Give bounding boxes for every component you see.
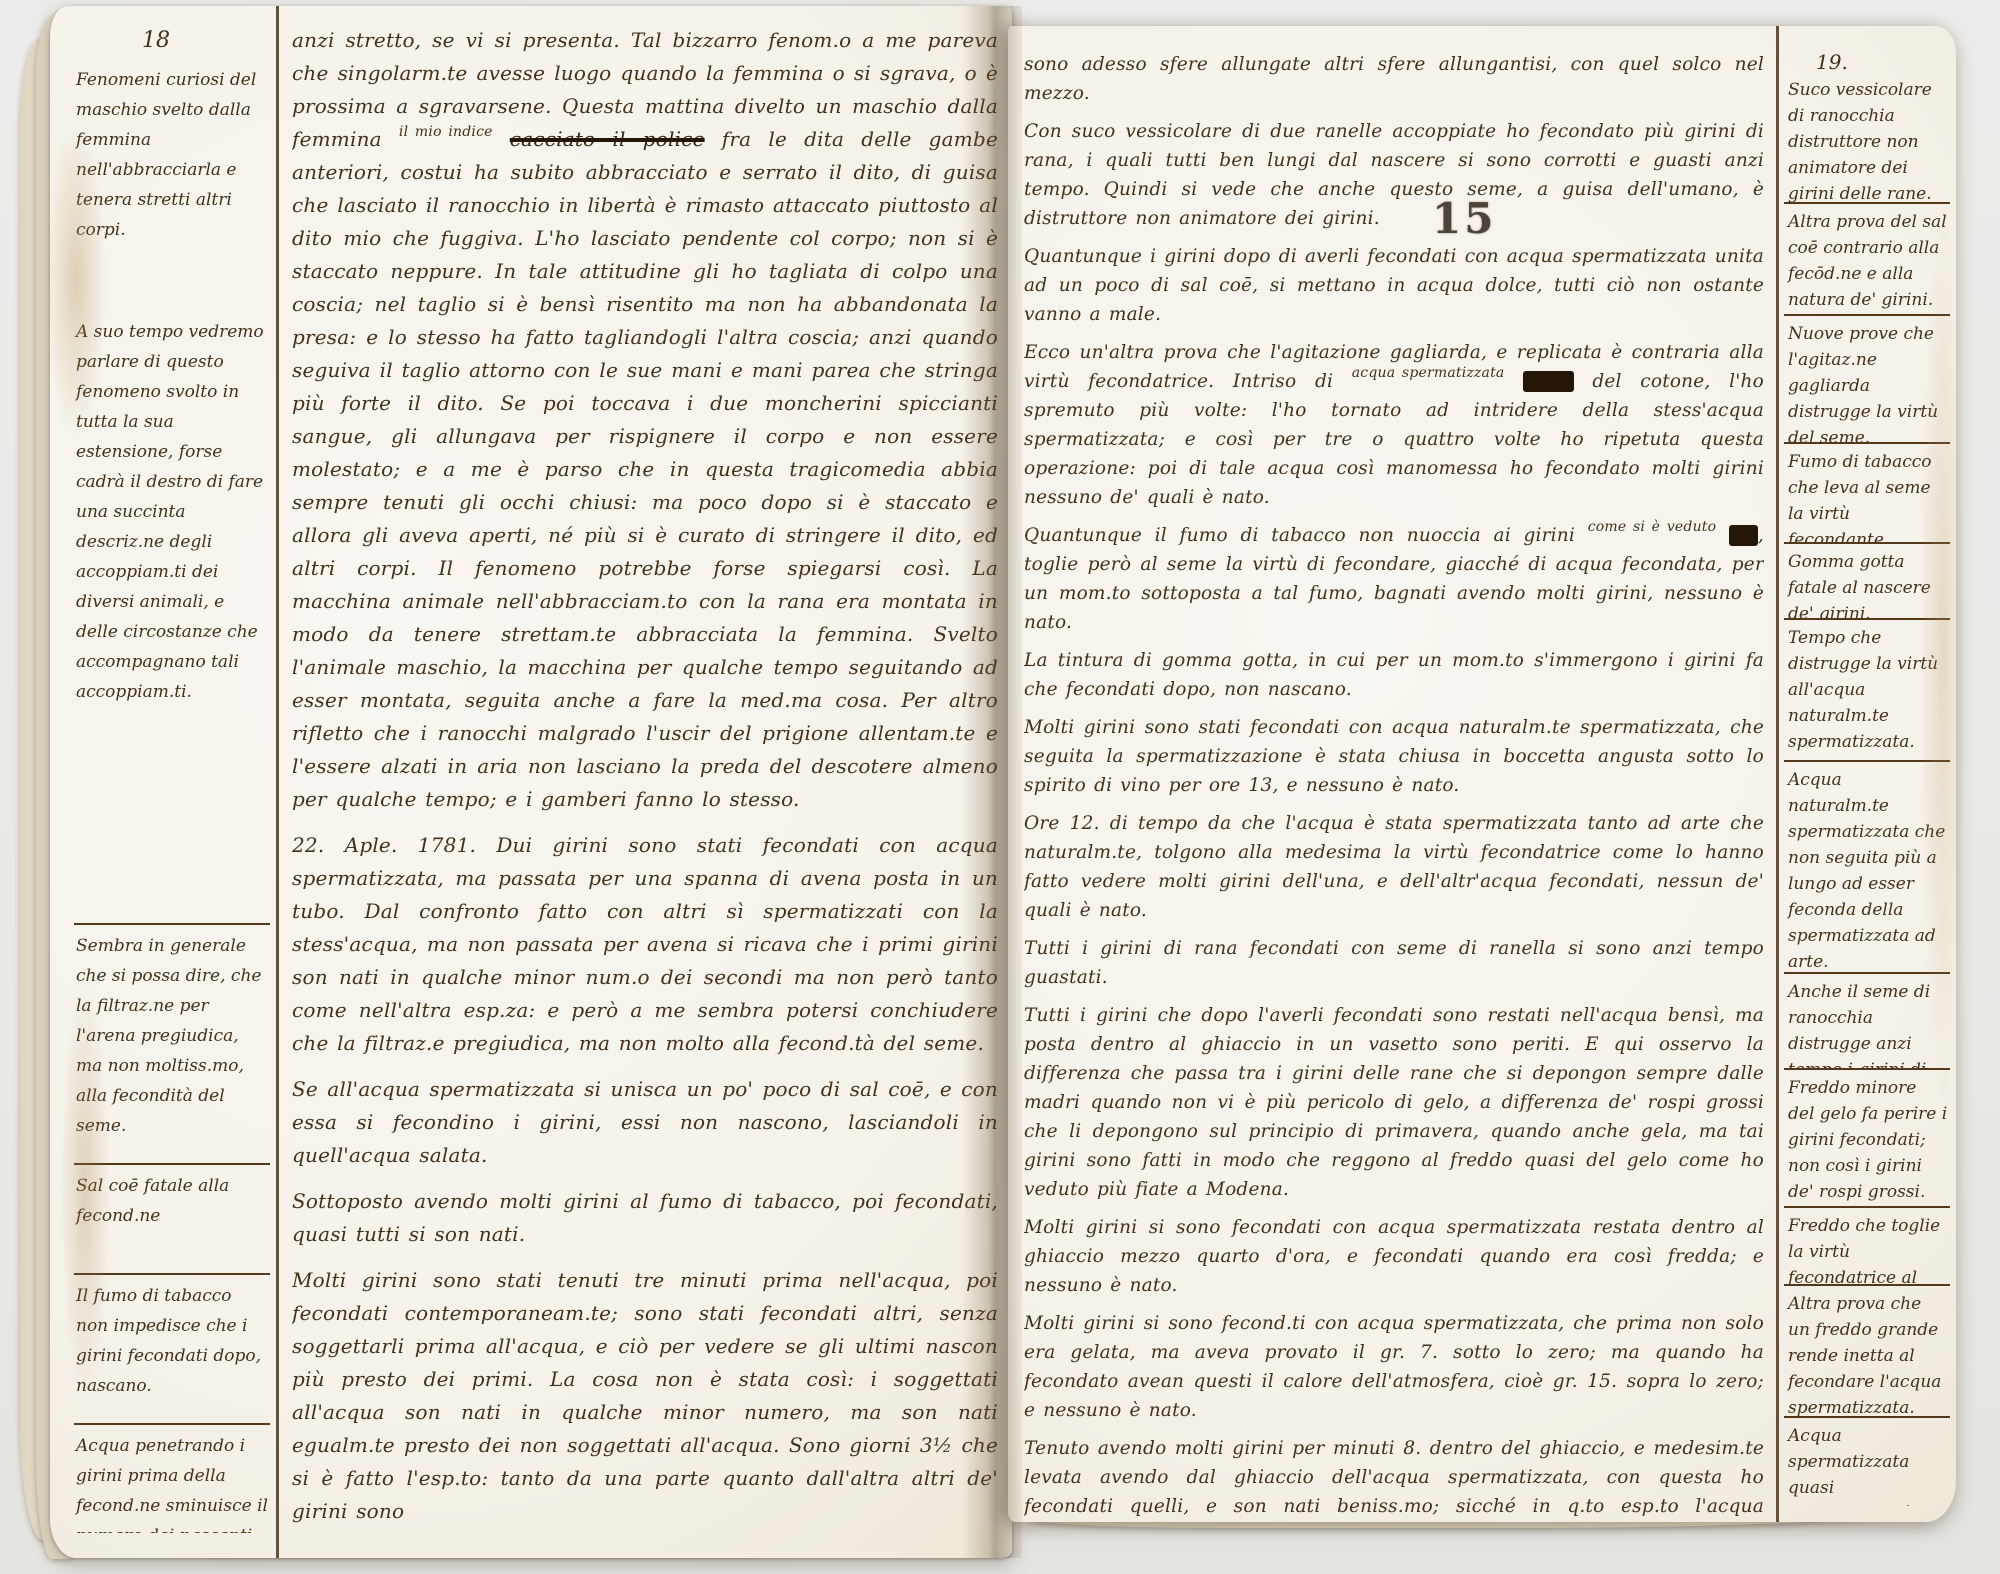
margin-note: Acqua naturalm.te spermatizzata che non … — [1784, 762, 1950, 974]
body-text: Tenuto avendo molti girini per minuti 8.… — [1024, 1438, 1764, 1517]
margin-note: Gomma gotta fatale al nascere de' girini… — [1784, 544, 1950, 620]
body-paragraph-dated: 22. Aple. 1781. Dui girini sono stati fe… — [292, 829, 998, 1060]
margin-note: Tempo che distrugge la virtù all'acqua n… — [1784, 620, 1950, 762]
body-paragraph: anzi stretto, se vi si presenta. Tal biz… — [292, 24, 998, 816]
desk-background: 18 Fenomeni curiosi del maschio svelto d… — [0, 0, 2000, 1574]
inked-out-word: urina — [1523, 371, 1574, 392]
body-paragraph: Molti girini si sono fecondati con acqua… — [1024, 1213, 1764, 1300]
body-text: Quantunque il fumo di tabacco non nuocci… — [1024, 525, 1588, 546]
body-paragraph: Molti girini si sono fecond.ti con acqua… — [1024, 1309, 1764, 1425]
body-paragraph: Quantunque il fumo di tabacco non nuocci… — [1024, 521, 1764, 637]
margin-note: Sal coē fatale alla fecond.ne — [74, 1163, 270, 1273]
margin-note: Fenomeni curiosi del maschio svelto dall… — [74, 59, 270, 311]
margin-note: Fumo di tabacco che leva al seme la virt… — [1784, 444, 1950, 544]
body-paragraph: sono adesso sfere allungate altri sfere … — [1024, 50, 1764, 108]
body-paragraph: Ecco un'altra prova che l'agitazione gag… — [1024, 338, 1764, 512]
margin-note: Acqua penetrando i girini prima della fe… — [74, 1423, 270, 1533]
margin-note-text: Suco vessicolare di ranocchia distruttor… — [1788, 80, 1932, 204]
margin-note: Freddo minore del gelo fa perire i girin… — [1784, 1070, 1950, 1208]
margin-note: 19.Suco vessicolare di ranocchia distrut… — [1784, 44, 1950, 204]
margin-note: Il fumo di tabacco non impedisce che i g… — [74, 1273, 270, 1423]
margin-note: A suo tempo vedremo parlare di questo fe… — [74, 311, 270, 923]
margin-note: Freddo che toglie la virtù fecondatrice … — [1784, 1208, 1950, 1286]
margin-note: Nuove prove che l'agitaz.ne gagliarda di… — [1784, 316, 1950, 444]
body-paragraph: Tenuto avendo molti girini per minuti 8.… — [1024, 1434, 1764, 1518]
struck-text: cacciato il police — [510, 127, 705, 151]
margin-note: Altra prova che un freddo grande rende i… — [1784, 1286, 1950, 1418]
margin-divider-line — [1776, 26, 1779, 1522]
right-page: sono adesso sfere allungate altri sfere … — [1008, 26, 1956, 1522]
right-margin-column: 19.Suco vessicolare di ranocchia distrut… — [1784, 44, 1950, 1506]
body-paragraph: Se all'acqua spermatizzata si unisca un … — [292, 1073, 998, 1172]
body-paragraph: Con suco vessicolare di due ranelle acco… — [1024, 117, 1764, 233]
right-body-column: sono adesso sfere allungate altri sfere … — [1024, 50, 1764, 1518]
inked-out-word: ma — [1729, 525, 1758, 546]
body-paragraph: Sottoposto avendo molti girini al fumo d… — [292, 1185, 998, 1251]
body-paragraph: Tutti i girini che dopo l'averli feconda… — [1024, 1001, 1764, 1204]
folio-stamp-number: 15 — [1432, 194, 1496, 243]
left-margin-column: 18 Fenomeni curiosi del maschio svelto d… — [74, 28, 270, 1533]
margin-divider-line — [276, 6, 279, 1558]
body-paragraph: Quantunque i girini dopo di averli fecon… — [1024, 242, 1764, 329]
body-text: fra le dita delle gambe anteriori, costu… — [292, 127, 998, 811]
margin-note: Acqua spermatizzata quasi agghiacciata è… — [1784, 1418, 1950, 1506]
margin-note: Anche il seme di ranocchia distrugge anz… — [1784, 974, 1950, 1070]
margin-note: Sembra in generale che si possa dire, ch… — [74, 923, 270, 1163]
left-page: 18 Fenomeni curiosi del maschio svelto d… — [50, 6, 1012, 1558]
right-page-number: 19. — [1816, 50, 1848, 74]
margin-note: Altra prova del sal coē contrario alla f… — [1784, 204, 1950, 316]
binding-gutter — [962, 6, 1022, 1558]
left-page-number: 18 — [142, 28, 270, 53]
body-paragraph: La tintura di gomma gotta, in cui per un… — [1024, 646, 1764, 704]
body-paragraph: Tutti i girini di rana fecondati con sem… — [1024, 934, 1764, 992]
body-paragraph: Molti girini sono stati fecondati con ac… — [1024, 713, 1764, 800]
body-paragraph: Molti girini sono stati tenuti tre minut… — [292, 1264, 998, 1528]
body-paragraph: Ore 12. di tempo da che l'acqua è stata … — [1024, 809, 1764, 925]
left-body-column: anzi stretto, se vi si presenta. Tal biz… — [292, 24, 998, 1544]
